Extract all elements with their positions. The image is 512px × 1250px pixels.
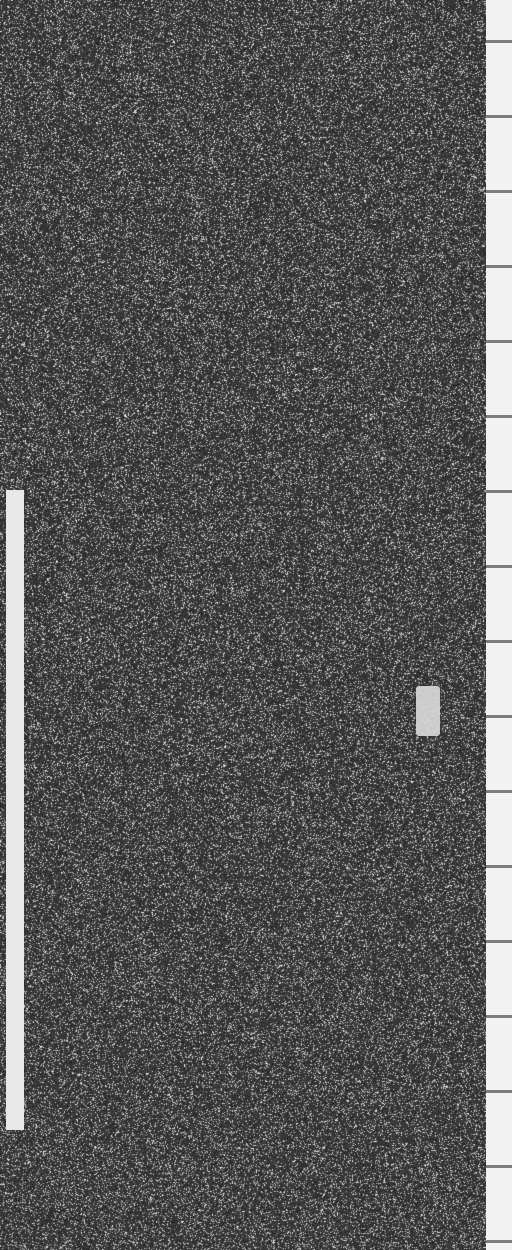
left-lane-marking [6,490,24,1130]
hatch-mark [486,865,512,868]
hatch-mark [486,1240,512,1243]
hatch-mark [486,640,512,643]
hatch-mark [486,340,512,343]
hatch-mark [486,1090,512,1093]
road-surface [0,0,512,1250]
hatch-mark [486,1165,512,1168]
hatch-mark [486,565,512,568]
hatch-mark [486,265,512,268]
hatch-mark [486,490,512,493]
right-road-shoulder [486,0,512,1250]
hatch-mark [486,190,512,193]
hatch-mark [486,715,512,718]
hatch-mark [486,790,512,793]
aerial-road-image [0,0,512,1250]
hatch-mark [486,415,512,418]
hatch-mark [486,40,512,43]
vehicle [416,686,440,736]
hatch-mark [486,115,512,118]
hatch-mark [486,1015,512,1018]
hatch-mark [486,940,512,943]
